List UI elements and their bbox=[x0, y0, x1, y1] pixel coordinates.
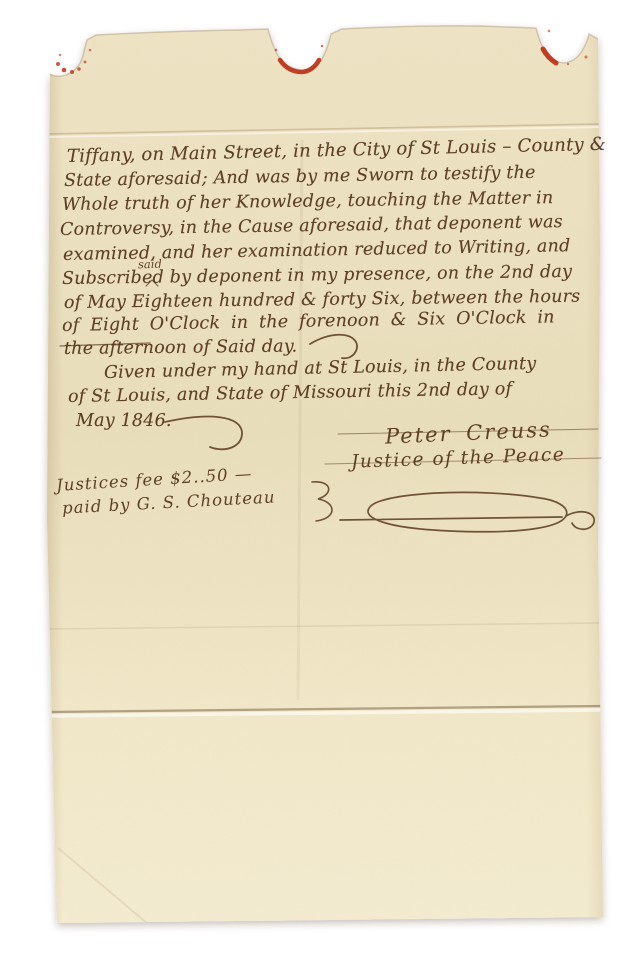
inserted-word: said bbox=[138, 257, 162, 272]
manuscript-line: the afternoon of Said day. bbox=[64, 337, 298, 359]
manuscript-line: May 1846. bbox=[76, 411, 172, 431]
scan-background: Tiffany, on Main Street, in the City of … bbox=[0, 0, 640, 971]
